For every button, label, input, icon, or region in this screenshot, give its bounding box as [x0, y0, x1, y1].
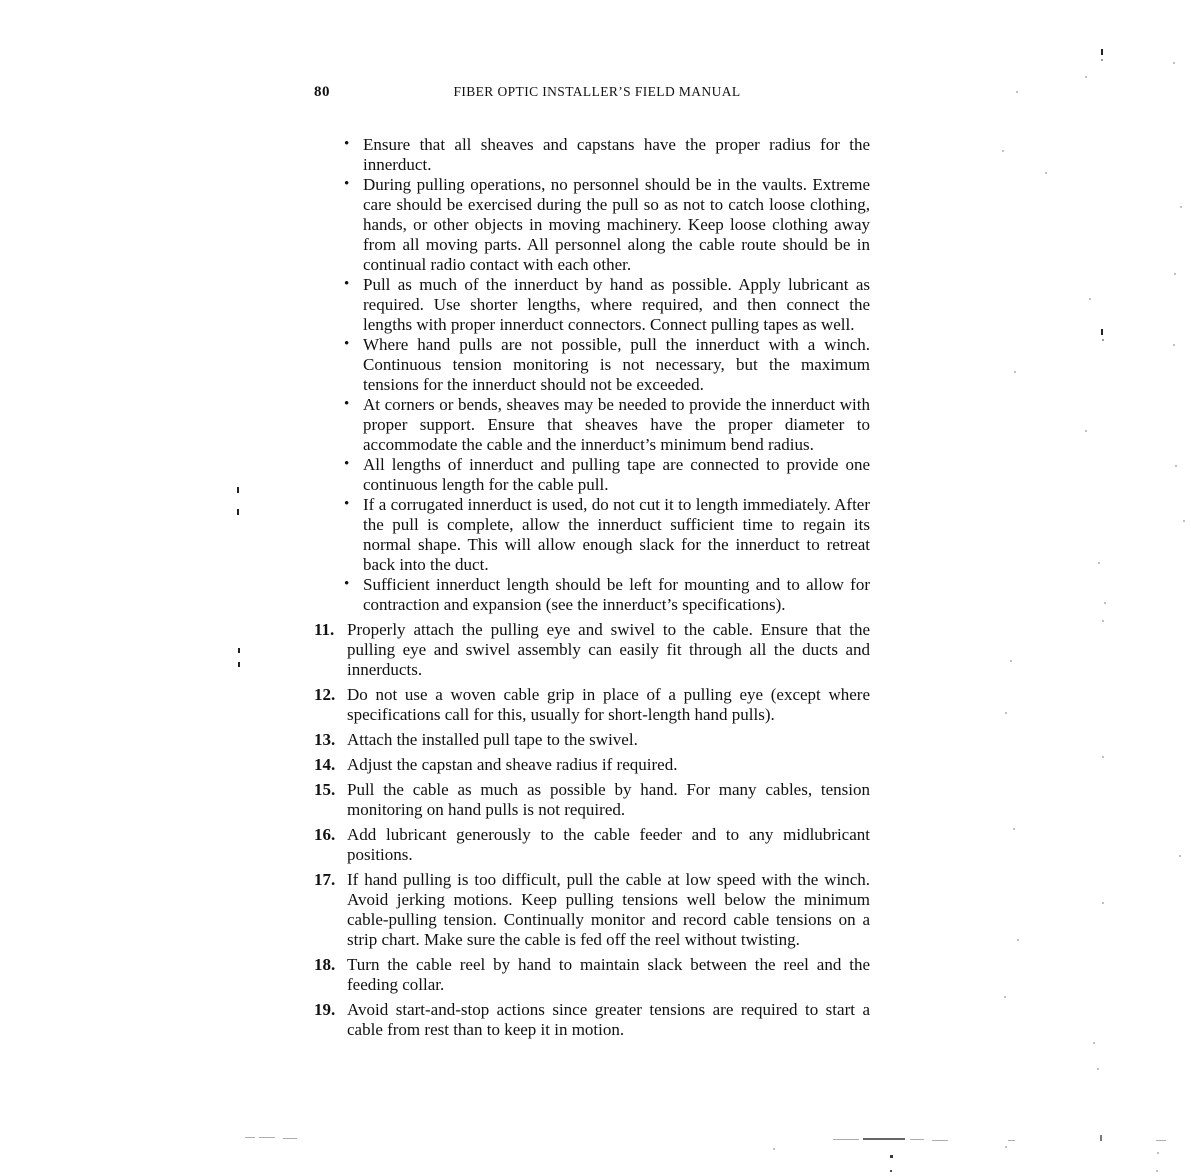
bullet-icon: •	[344, 334, 349, 354]
item-number: 11.	[314, 620, 334, 640]
numbered-item: 19.Avoid start-and-stop actions since gr…	[314, 1000, 870, 1040]
bullet-item: •Pull as much of the innerduct by hand a…	[343, 275, 870, 335]
scan-mark	[890, 1170, 892, 1172]
scan-mark	[932, 1140, 948, 1141]
bullet-icon: •	[344, 494, 349, 514]
bullet-icon: •	[344, 394, 349, 414]
scan-mark	[1102, 902, 1104, 904]
scan-mark	[1101, 49, 1103, 55]
bullet-text: Where hand pulls are not possible, pull …	[363, 335, 870, 394]
scan-mark	[1183, 520, 1185, 522]
bullet-icon: •	[344, 574, 349, 594]
bullet-item: •All lengths of innerduct and pulling ta…	[343, 455, 870, 495]
bullet-text: If a corrugated innerduct is used, do no…	[363, 495, 870, 574]
bullet-text: During pulling operations, no personnel …	[363, 175, 870, 274]
item-text: Avoid start-and-stop actions since great…	[347, 1000, 870, 1039]
bullet-icon: •	[344, 274, 349, 294]
item-number: 18.	[314, 955, 335, 975]
scan-mark	[238, 648, 240, 653]
item-number: 14.	[314, 755, 335, 775]
scan-mark	[237, 487, 239, 493]
numbered-item: 14.Adjust the capstan and sheave radius …	[314, 755, 870, 775]
item-number: 17.	[314, 870, 335, 890]
scan-mark	[1104, 602, 1106, 604]
item-number: 15.	[314, 780, 335, 800]
bullet-icon: •	[344, 134, 349, 154]
bullet-item: •Sufficient innerduct length should be l…	[343, 575, 870, 615]
scan-mark	[1179, 855, 1181, 857]
scan-mark	[1097, 1068, 1099, 1070]
item-text: Add lubricant generously to the cable fe…	[347, 825, 870, 864]
scan-mark	[1008, 1140, 1015, 1141]
page-header: 80 FIBER OPTIC INSTALLER’S FIELD MANUAL	[314, 84, 870, 102]
scan-mark	[1005, 712, 1007, 714]
scan-mark	[238, 662, 240, 667]
scan-mark	[259, 1137, 275, 1138]
scan-mark	[890, 1155, 893, 1158]
running-header: FIBER OPTIC INSTALLER’S FIELD MANUAL	[314, 84, 870, 100]
scan-mark	[1100, 1135, 1102, 1141]
scan-mark	[1002, 150, 1004, 152]
bullet-text: Sufficient innerduct length should be le…	[363, 575, 870, 614]
scan-mark	[1014, 371, 1016, 373]
numbered-item: 13.Attach the installed pull tape to the…	[314, 730, 870, 750]
scan-mark	[1157, 1152, 1159, 1154]
item-number: 16.	[314, 825, 335, 845]
scan-mark	[1102, 620, 1104, 622]
scan-mark	[1175, 465, 1177, 467]
scan-mark	[1101, 59, 1103, 61]
scan-mark	[833, 1139, 859, 1140]
scan-mark	[245, 1137, 255, 1138]
item-text: Pull the cable as much as possible by ha…	[347, 780, 870, 819]
scan-mark	[1102, 339, 1104, 341]
item-text: If hand pulling is too difficult, pull t…	[347, 870, 870, 949]
scan-mark	[1173, 62, 1175, 64]
bullet-item: •At corners or bends, sheaves may be nee…	[343, 395, 870, 455]
scan-mark	[1017, 939, 1019, 941]
scan-mark	[1004, 996, 1006, 998]
numbered-item: 18.Turn the cable reel by hand to mainta…	[314, 955, 870, 995]
scan-mark	[1156, 1140, 1166, 1141]
bullet-item: •Ensure that all sheaves and capstans ha…	[343, 135, 870, 175]
item-text: Adjust the capstan and sheave radius if …	[347, 755, 677, 774]
scan-mark	[773, 1148, 775, 1150]
numbered-item: 17.If hand pulling is too difficult, pul…	[314, 870, 870, 950]
bullet-item: •If a corrugated innerduct is used, do n…	[343, 495, 870, 575]
scan-mark	[1016, 91, 1018, 93]
book-page: 80 FIBER OPTIC INSTALLER’S FIELD MANUAL …	[0, 0, 1191, 1176]
bullet-text: All lengths of innerduct and pulling tap…	[363, 455, 870, 494]
scan-mark	[1093, 1042, 1095, 1044]
page-number: 80	[314, 84, 330, 101]
bullet-icon: •	[344, 174, 349, 194]
scan-mark	[1173, 344, 1175, 346]
item-number: 19.	[314, 1000, 335, 1020]
scan-mark	[1045, 172, 1047, 174]
scan-mark	[910, 1139, 924, 1140]
scan-mark	[1101, 329, 1103, 335]
page-content: 80 FIBER OPTIC INSTALLER’S FIELD MANUAL …	[314, 84, 870, 1040]
scan-mark	[1013, 828, 1015, 830]
numbered-item: 11.Properly attach the pulling eye and s…	[314, 620, 870, 680]
scan-mark	[283, 1138, 297, 1139]
scan-mark	[1174, 273, 1176, 275]
scan-mark	[1010, 660, 1012, 662]
bullet-list: •Ensure that all sheaves and capstans ha…	[343, 135, 870, 615]
item-number: 13.	[314, 730, 335, 750]
bullet-item: •During pulling operations, no personnel…	[343, 175, 870, 275]
item-text: Properly attach the pulling eye and swiv…	[347, 620, 870, 679]
scan-mark	[1102, 756, 1104, 758]
scan-mark	[1085, 430, 1087, 432]
bullet-text: Pull as much of the innerduct by hand as…	[363, 275, 870, 334]
numbered-list: 11.Properly attach the pulling eye and s…	[314, 620, 870, 1040]
item-text: Do not use a woven cable grip in place o…	[347, 685, 870, 724]
scan-mark	[1098, 562, 1100, 564]
item-text: Turn the cable reel by hand to maintain …	[347, 955, 870, 994]
item-number: 12.	[314, 685, 335, 705]
bullet-text: At corners or bends, sheaves may be need…	[363, 395, 870, 454]
bullet-icon: •	[344, 454, 349, 474]
numbered-item: 15.Pull the cable as much as possible by…	[314, 780, 870, 820]
numbered-item: 12.Do not use a woven cable grip in plac…	[314, 685, 870, 725]
scan-mark	[863, 1138, 905, 1140]
scan-mark	[1085, 76, 1087, 78]
bullet-item: •Where hand pulls are not possible, pull…	[343, 335, 870, 395]
scan-mark	[237, 509, 239, 515]
scan-mark	[1089, 298, 1091, 300]
bullet-text: Ensure that all sheaves and capstans hav…	[363, 135, 870, 174]
scan-mark	[1005, 1146, 1007, 1148]
scan-mark	[1180, 206, 1182, 208]
scan-mark	[1156, 1170, 1158, 1172]
numbered-item: 16.Add lubricant generously to the cable…	[314, 825, 870, 865]
item-text: Attach the installed pull tape to the sw…	[347, 730, 638, 749]
